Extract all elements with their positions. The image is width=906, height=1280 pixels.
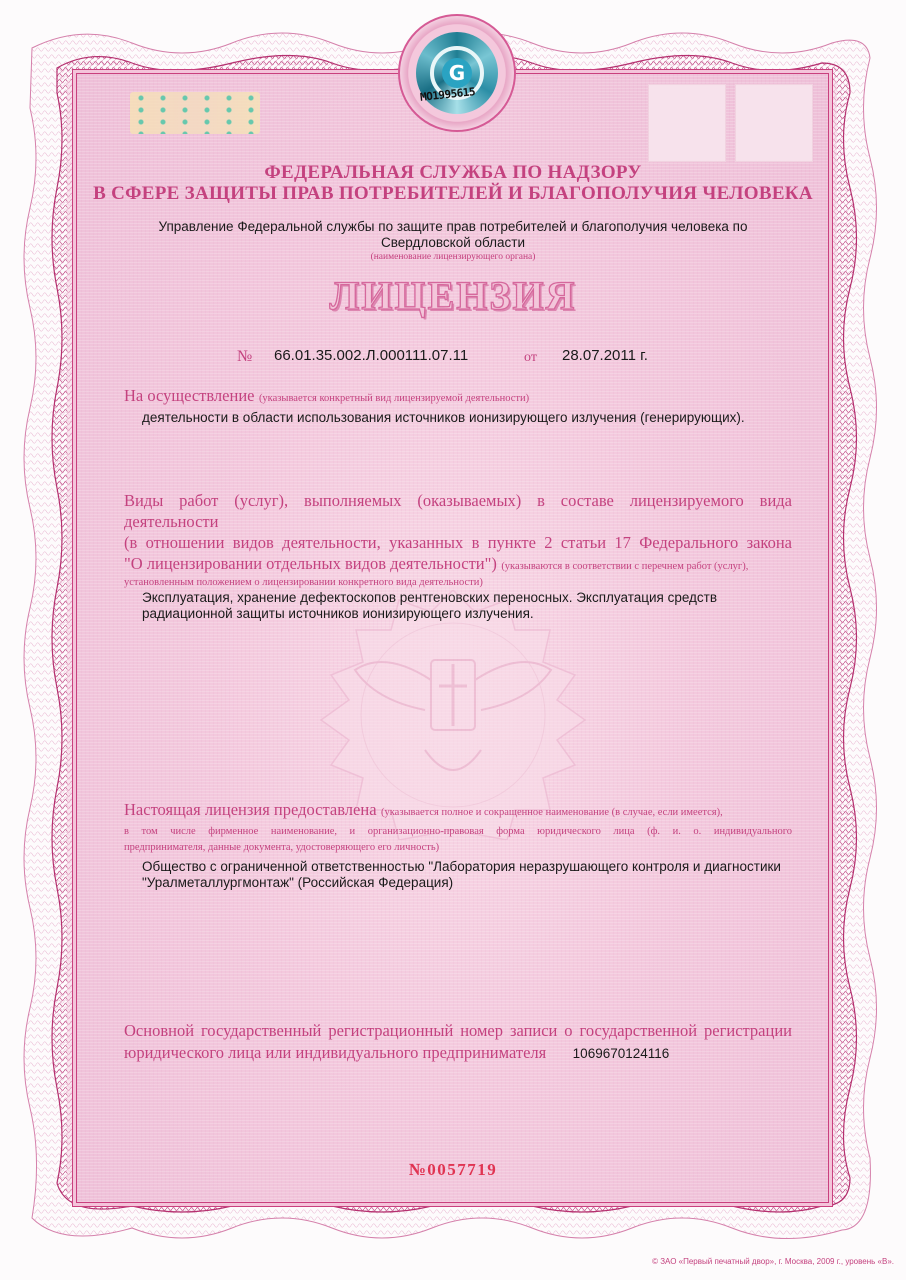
activity-value: деятельности в области использования ист… — [142, 410, 804, 426]
printer-imprint: © ЗАО «Первый печатный двор», г. Москва,… — [652, 1257, 894, 1266]
licensee-label: Настоящая лицензия предоставлена — [124, 800, 377, 819]
g-logo-icon: G — [442, 58, 472, 88]
works-label-line1: Виды работ (услуг), выполняемых (оказыва… — [124, 490, 792, 532]
licensee-value-line1: Общество с ограниченной ответственностью… — [142, 859, 792, 875]
license-date: 28.07.2011 г. — [562, 347, 648, 364]
license-number: 66.01.35.002.Л.000111.07.11 — [274, 347, 468, 364]
works-hint-line3: (указываются в соответствии с перечнем р… — [501, 561, 748, 572]
hologram-seal: G MO1995615 — [398, 14, 516, 132]
registration-section: Основной государственный регистрационный… — [124, 1020, 792, 1065]
licensee-hint-line1: (указывается полное и сокращенное наимен… — [381, 807, 723, 818]
date-prefix: от — [524, 350, 537, 366]
works-hint-line4: установленным положением о лицензировани… — [124, 577, 792, 589]
licensing-body: Управление Федеральной службы по защите … — [0, 219, 906, 251]
activity-hint: (указывается конкретный вид лицензируемо… — [259, 393, 529, 404]
activity-section: На осуществление (указывается конкретный… — [124, 386, 804, 426]
works-label-line3: "О лицензировании отдельных видов деятел… — [124, 554, 497, 573]
registration-label-line1: Основной государственный регистрационный… — [124, 1020, 792, 1042]
licensing-body-caption: (наименование лицензирующего органа) — [0, 252, 906, 262]
licensing-body-line2: Свердловской области — [0, 235, 906, 251]
number-sign: № — [237, 348, 252, 366]
works-value-line2: радиационной защиты источников ионизирую… — [142, 606, 792, 622]
hologram-strip — [130, 92, 260, 134]
registration-label-line2: юридического лица или индивидуального пр… — [124, 1043, 546, 1062]
works-value-line1: Эксплуатация, хранение дефектоскопов рен… — [142, 590, 792, 606]
licensee-section: Настоящая лицензия предоставлена (указыв… — [124, 800, 792, 891]
blank-security-box-2 — [735, 84, 813, 162]
licensee-value-line2: "Уралметаллургмонтаж" (Российская Федера… — [142, 875, 792, 891]
licensee-hint-line2: в том числе фирменное наименование, и ор… — [124, 823, 792, 841]
license-number-row: № 66.01.35.002.Л.000111.07.11 от 28.07.2… — [0, 347, 906, 367]
works-label-line2: (в отношении видов деятельности, указанн… — [124, 532, 792, 553]
licensee-hint-line3: предпринимателя, данные документа, удост… — [124, 841, 792, 855]
document-title: ЛИЦЕНЗИЯ — [0, 272, 906, 319]
works-value: Эксплуатация, хранение дефектоскопов рен… — [142, 590, 792, 622]
licensee-value: Общество с ограниченной ответственностью… — [142, 859, 792, 891]
activity-label: На осуществление — [124, 386, 254, 405]
licensing-body-line1: Управление Федеральной службы по защите … — [0, 219, 906, 235]
form-serial-number: №0057719 — [0, 1160, 906, 1180]
agency-title-line2: В СФЕРЕ ЗАЩИТЫ ПРАВ ПОТРЕБИТЕЛЕЙ И БЛАГО… — [0, 183, 906, 205]
ogrn-value: 1069670124116 — [573, 1046, 670, 1061]
blank-security-box-1 — [648, 84, 726, 162]
agency-title-line1: ФЕДЕРАЛЬНАЯ СЛУЖБА ПО НАДЗОРУ — [0, 162, 906, 184]
works-section: Виды работ (услуг), выполняемых (оказыва… — [124, 490, 792, 622]
